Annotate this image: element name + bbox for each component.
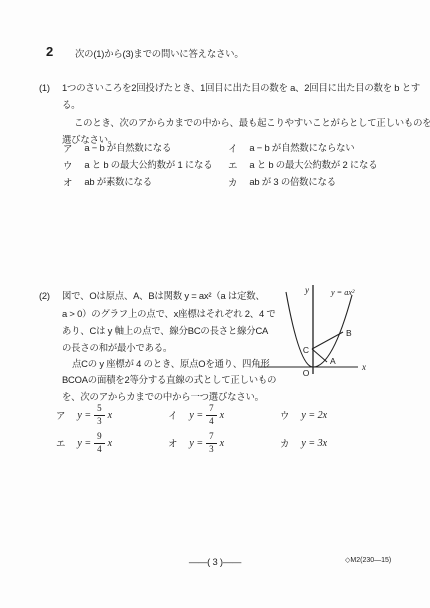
q1-choice-i: イ a − b が自然数にならない <box>228 141 354 155</box>
formula-pre: y = <box>189 410 203 421</box>
choice-key: ア <box>56 408 65 422</box>
q2-choice-a: ア y = 5 3 x <box>56 402 112 428</box>
formula-pre: y = <box>77 410 91 421</box>
q1-choice-a: ア a − b が自然数になる <box>63 141 171 155</box>
q1-choice-u: ウ a と b の最大公約数が 1 になる <box>63 158 212 172</box>
fraction-numerator: 7 <box>206 432 217 443</box>
q2-line: a > 0）のグラフ上の点で、x座標はそれぞれ 2、4 で <box>62 308 276 319</box>
y-axis-label: y <box>304 285 309 295</box>
choice-text: a と b の最大公約数が 2 になる <box>249 159 377 170</box>
q2-choice-e: エ y = 9 4 x <box>56 430 112 456</box>
fraction: 5 3 <box>94 404 105 426</box>
fraction: 9 4 <box>94 432 105 454</box>
point-b-label: B <box>346 328 352 338</box>
choice-text: a と b の最大公約数が 1 になる <box>84 159 212 170</box>
choice-key: カ <box>280 436 289 450</box>
choice-key: カ <box>228 175 237 189</box>
fraction-denominator: 4 <box>94 443 105 455</box>
origin-label: O <box>303 368 310 378</box>
exam-page: 2 次の(1)から(3)までの問いに答えなさい。 (1) 1つのさいころを2回投… <box>0 0 430 608</box>
choice-formula: y = 2x <box>301 410 327 421</box>
curve-equation-label: y = ax² <box>330 288 355 297</box>
fraction: 7 3 <box>206 432 217 454</box>
point-a-label: A <box>330 356 336 366</box>
point-c-label: C <box>303 345 309 355</box>
parabola-figure: y x O C A B y = ax² <box>255 275 430 387</box>
formula-post: x <box>220 410 224 421</box>
fraction-numerator: 9 <box>94 432 105 443</box>
formula-pre: y = <box>189 438 203 449</box>
formula-post: x <box>220 438 224 449</box>
choice-text: ab が素数になる <box>84 176 151 187</box>
choice-key: イ <box>168 408 177 422</box>
choice-key: エ <box>56 436 65 450</box>
formula-post: x <box>108 438 112 449</box>
choice-key: オ <box>63 175 72 189</box>
q1-label: (1) <box>39 82 50 93</box>
fraction-numerator: 5 <box>94 404 105 415</box>
q1-choice-e: エ a と b の最大公約数が 2 になる <box>228 158 377 172</box>
choice-key: エ <box>228 158 237 172</box>
q2-line: 点Cの y 座標が 4 のとき、原点Oを通り、四角形 <box>72 358 270 369</box>
q1-choice-ka: カ ab が 3 の倍数になる <box>228 175 336 189</box>
formula-pre: y = <box>77 438 91 449</box>
q1-line: このとき、次のアからカまでの中から、最も起こりやすいことがらとして正しいものを一… <box>74 117 430 128</box>
choice-text: a − b が自然数になる <box>84 142 171 153</box>
q1-line: る。 <box>62 99 80 110</box>
segment-cb <box>312 332 343 349</box>
choice-text: ab が 3 の倍数になる <box>249 176 335 187</box>
q2-line: あり、Cは y 軸上の点で、線分BCの長さと線分CA <box>62 325 268 336</box>
document-code: ◇M2(230—15) <box>345 557 391 565</box>
fraction-numerator: 7 <box>206 404 217 415</box>
choice-key: ア <box>63 141 72 155</box>
choice-text: a − b が自然数にならない <box>249 142 354 153</box>
fraction-denominator: 4 <box>206 415 217 427</box>
q2-choice-o: オ y = 7 3 x <box>168 430 224 456</box>
q2-choice-u: ウ y = 2x <box>280 402 327 428</box>
q2-label: (2) <box>39 290 50 301</box>
q2-choice-ka: カ y = 3x <box>280 430 327 456</box>
q2-line: 図で、Oは原点、A、Bは関数 y = ax²（a は定数、 <box>62 290 265 301</box>
choice-formula: y = 3x <box>301 438 327 449</box>
question-number: 2 <box>46 44 53 59</box>
choice-key: ウ <box>63 158 72 172</box>
x-axis-label: x <box>361 362 366 372</box>
q2-choice-i: イ y = 7 4 x <box>168 402 224 428</box>
fraction: 7 4 <box>206 404 217 426</box>
q2-line: を、次のアからカまでの中から一つ選びなさい。 <box>62 391 264 402</box>
formula-post: x <box>108 410 112 421</box>
page-number: ——( 3 )—— <box>160 556 270 567</box>
question-instruction: 次の(1)から(3)までの問いに答えなさい。 <box>75 48 244 59</box>
q2-line: の長さの和が最小である。 <box>62 342 172 353</box>
choice-formula: y = 7 4 x <box>189 404 224 426</box>
fraction-denominator: 3 <box>94 415 105 427</box>
q2-line: BCOAの面積を2等分する直線の式として正しいもの <box>62 374 276 385</box>
segment-ca <box>312 349 327 362</box>
parabola-curve <box>286 292 352 367</box>
q1-line: 1つのさいころを2回投げたとき、1回目に出た目の数を a、2回目に出た目の数を … <box>62 82 420 93</box>
fraction-denominator: 3 <box>206 443 217 455</box>
choice-formula: y = 5 3 x <box>77 404 112 426</box>
q1-choice-o: オ ab が素数になる <box>63 175 152 189</box>
choice-formula: y = 7 3 x <box>189 432 224 454</box>
choice-key: ウ <box>280 408 289 422</box>
choice-key: オ <box>168 436 177 450</box>
choice-key: イ <box>228 141 237 155</box>
choice-formula: y = 9 4 x <box>77 432 112 454</box>
